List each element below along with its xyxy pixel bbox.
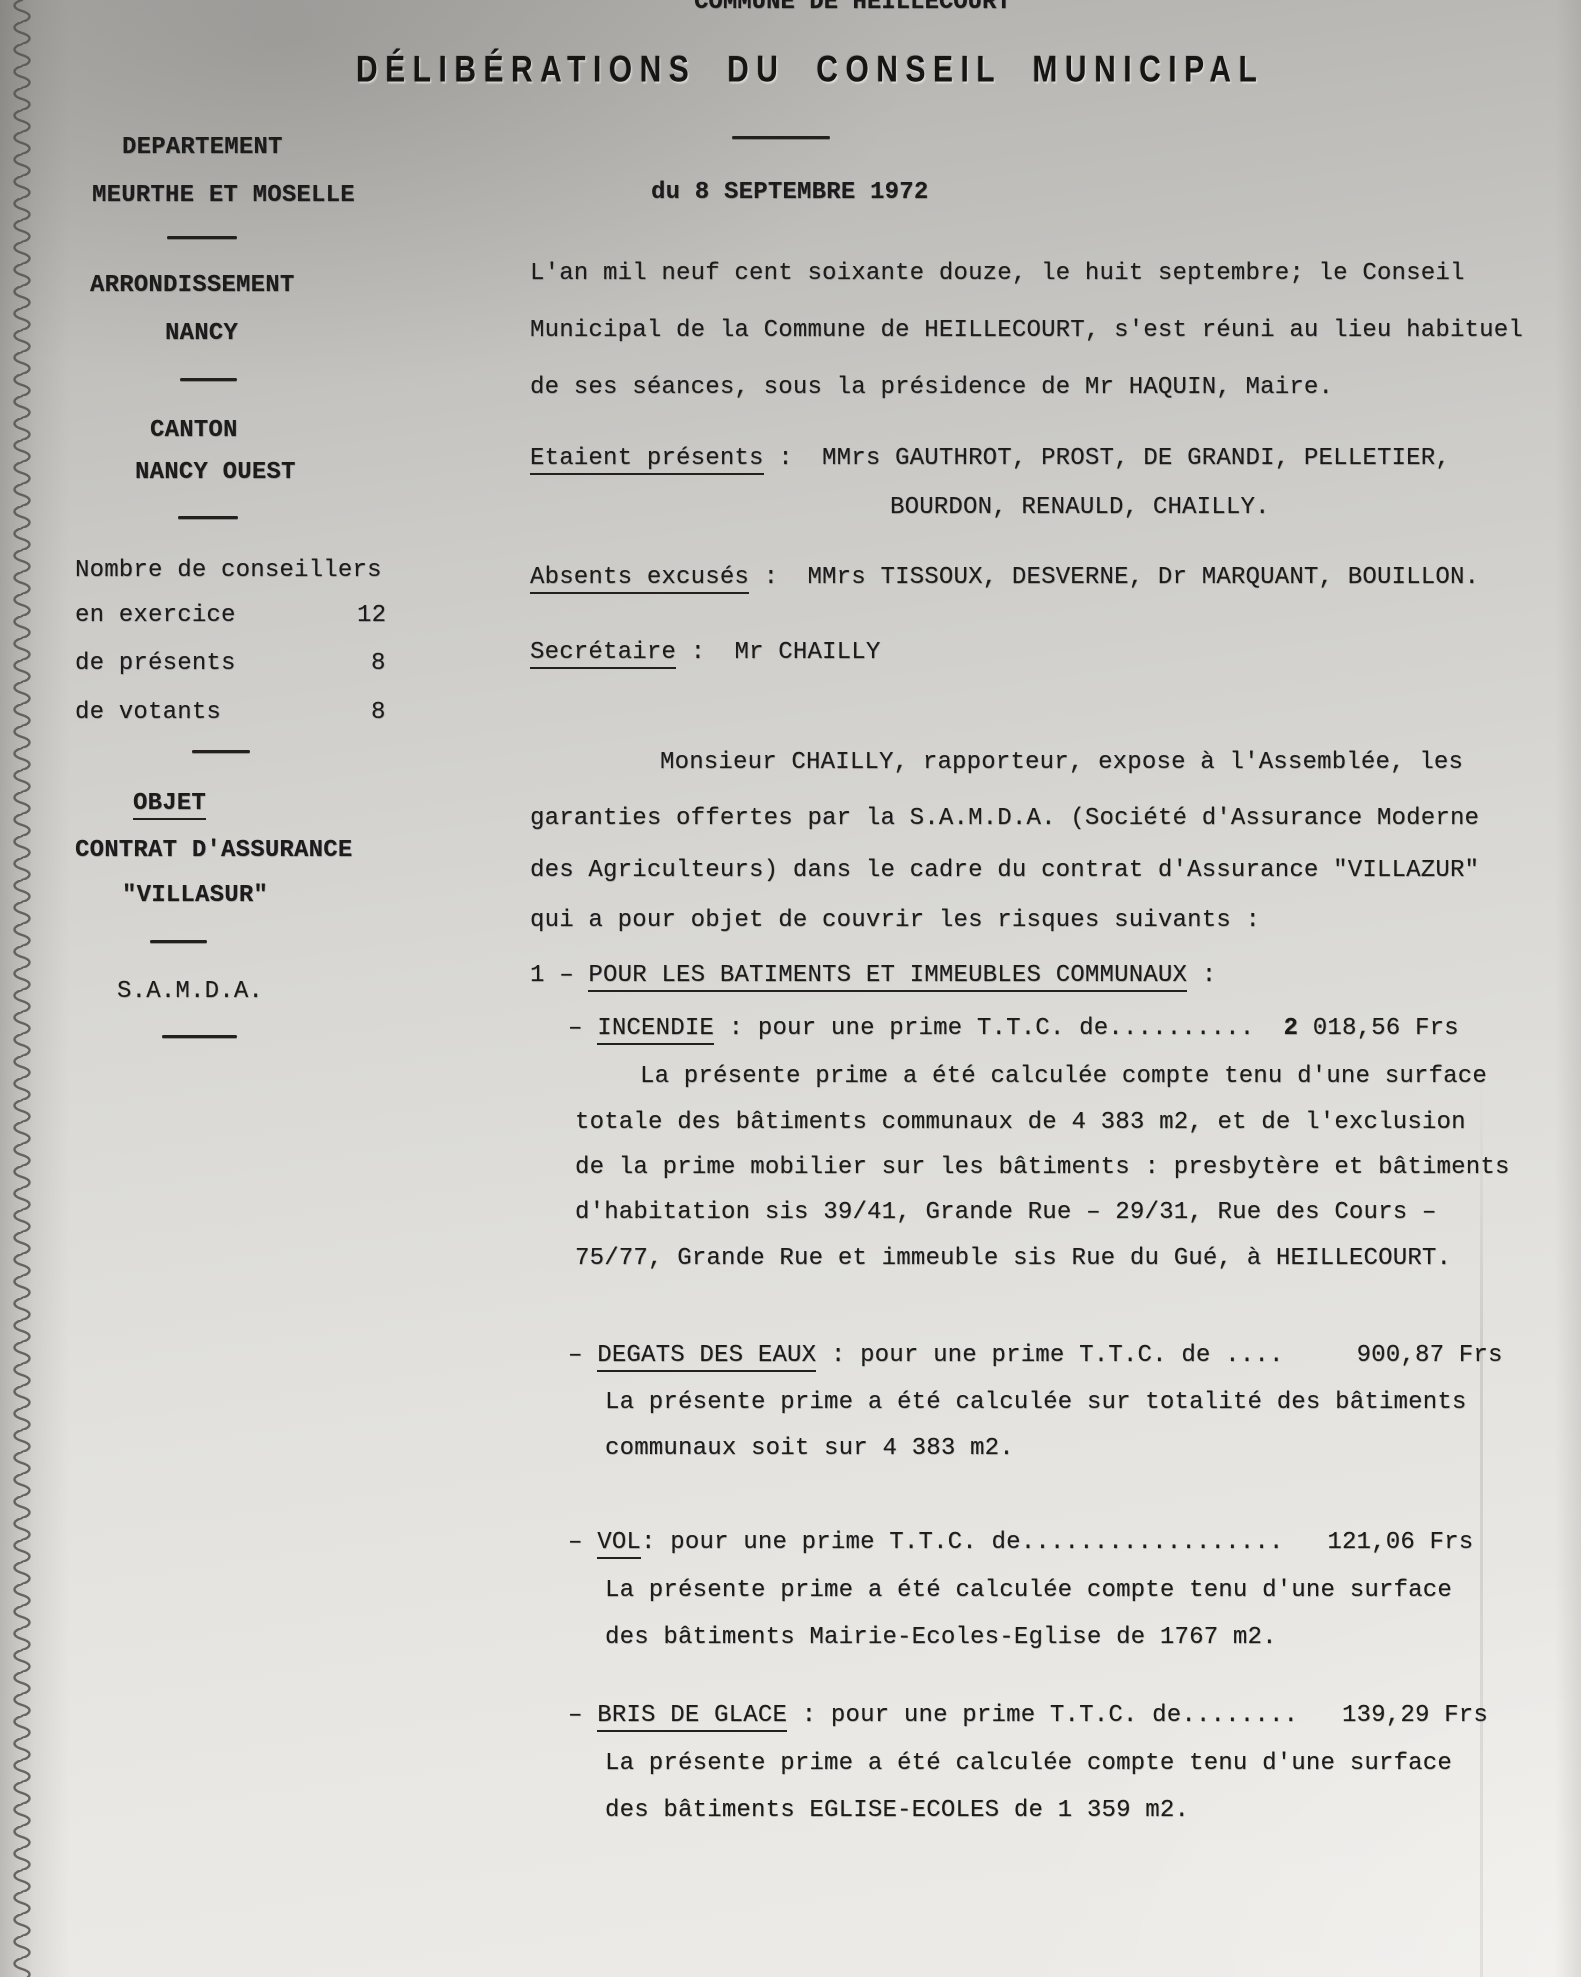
item-bris-line-2: des bâtiments EGLISE-ECOLES de 1 359 m2. (605, 1796, 1189, 1826)
absents-line: Absents excusés : MMrs TISSOUX, DESVERNE… (530, 563, 1479, 593)
item-incendie-line-3: de la prime mobilier sur les bâtiments :… (575, 1153, 1510, 1183)
item-bris-amount: 139,29 Frs (1342, 1702, 1488, 1729)
item-degats-title: DEGATS DES EAUX (597, 1342, 816, 1372)
count-presents-label: de présents (75, 649, 236, 679)
objet-line-1: CONTRAT D'ASSURANCE (75, 836, 352, 866)
item-vol-title: VOL (597, 1529, 641, 1559)
paper-crease (1480, 1080, 1483, 1977)
item-degats-line-2: communaux soit sur 4 383 m2. (605, 1434, 1014, 1464)
item-incendie-line-2: totale des bâtiments communaux de 4 383 … (575, 1108, 1466, 1138)
section-1-colon: : (1187, 962, 1216, 989)
sidebar-rule-4 (192, 750, 250, 753)
departement-label: DEPARTEMENT (122, 133, 283, 163)
item-incendie-lead: : pour une prime T.T.C. de.......... (714, 1015, 1284, 1042)
count-exercice-value: 12 (357, 601, 386, 631)
expose-line-4: qui a pour objet de couvrir les risques … (530, 906, 1260, 936)
arrondissement-label: ARRONDISSEMENT (90, 271, 294, 301)
count-votants-label: de votants (75, 698, 221, 728)
presents-line: Etaient présents : MMrs GAUTHROT, PROST,… (530, 444, 1450, 474)
section-1-title: POUR LES BATIMENTS ET IMMEUBLES COMMUNAU… (588, 962, 1187, 992)
sidebar-rule-6 (162, 1035, 237, 1038)
expose-line-2: garanties offertes par la S.A.M.D.A. (So… (530, 804, 1479, 834)
objet-label: OBJET (133, 789, 206, 819)
item-degats-lead: : pour une prime T.T.C. de .... (816, 1342, 1356, 1369)
item-incendie-title: INCENDIE (597, 1015, 714, 1045)
opening-line-1: L'an mil neuf cent soixante douze, le hu… (530, 259, 1465, 289)
canton-value: NANCY OUEST (135, 458, 296, 488)
session-date: du 8 SEPTEMBRE 1972 (651, 178, 928, 208)
secretaire-line: Secrétaire : Mr CHAILLY (530, 638, 880, 668)
item-dash: – (568, 1342, 597, 1369)
item-incendie-line-4: d'habitation sis 39/41, Grande Rue – 29/… (575, 1198, 1437, 1228)
item-vol-lead: : pour une prime T.T.C. de..............… (641, 1529, 1327, 1556)
count-votants-value: 8 (371, 698, 386, 728)
paper-edge-shadow (1555, 0, 1581, 1977)
absents-names: : MMrs TISSOUX, DESVERNE, Dr MARQUANT, B… (749, 564, 1479, 591)
item-incendie-line-5: 75/77, Grande Rue et immeuble sis Rue du… (575, 1244, 1451, 1274)
item-dash: – (568, 1015, 597, 1042)
item-degats-amount: 900,87 Frs (1357, 1342, 1503, 1369)
canton-label: CANTON (150, 416, 238, 446)
item-incendie-header: – INCENDIE : pour une prime T.T.C. de...… (568, 1014, 1459, 1044)
section-1-number: 1 – (530, 962, 588, 989)
secretaire-label: Secrétaire (530, 639, 676, 669)
item-degats-header: – DEGATS DES EAUX : pour une prime T.T.C… (568, 1341, 1503, 1371)
counts-intro: Nombre de conseillers (75, 556, 382, 586)
item-incendie-amount-bold: 2 (1284, 1015, 1299, 1042)
samda-label: S.A.M.D.A. (117, 977, 263, 1007)
arrondissement-value: NANCY (165, 319, 238, 349)
page-title: DÉLIBÉRATIONS DU CONSEIL MUNICIPAL (356, 50, 1264, 91)
title-rule (732, 136, 830, 139)
presents-names: : MMrs GAUTHROT, PROST, DE GRANDI, PELLE… (764, 445, 1450, 472)
item-bris-title: BRIS DE GLACE (597, 1702, 787, 1732)
item-bris-line-1: La présente prime a été calculée compte … (605, 1749, 1452, 1779)
commune-header: COMMUNE DE HEILLECOURT (694, 0, 1011, 16)
presents-label: Etaient présents (530, 445, 764, 475)
objet-label-text: OBJET (133, 790, 206, 820)
sidebar-rule-3 (178, 516, 238, 519)
section-1-heading: 1 – POUR LES BATIMENTS ET IMMEUBLES COMM… (530, 961, 1216, 991)
count-exercice-label: en exercice (75, 601, 236, 631)
item-vol-line-2: des bâtiments Mairie-Ecoles-Eglise de 17… (605, 1623, 1277, 1653)
opening-line-3: de ses séances, sous la présidence de Mr… (530, 373, 1333, 403)
secretaire-name: : Mr CHAILLY (676, 639, 880, 666)
item-dash: – (568, 1702, 597, 1729)
scanned-document-page: COMMUNE DE HEILLECOURT DÉLIBÉRATIONS DU … (0, 0, 1581, 1977)
expose-line-1: Monsieur CHAILLY, rapporteur, expose à l… (660, 748, 1463, 778)
item-dash: – (568, 1529, 597, 1556)
item-vol-header: – VOL: pour une prime T.T.C. de.........… (568, 1528, 1473, 1558)
item-degats-line-1: La présente prime a été calculée sur tot… (605, 1388, 1467, 1418)
item-vol-line-1: La présente prime a été calculée compte … (605, 1576, 1452, 1606)
opening-line-2: Municipal de la Commune de HEILLECOURT, … (530, 316, 1523, 346)
count-presents-value: 8 (371, 649, 386, 679)
item-bris-header: – BRIS DE GLACE : pour une prime T.T.C. … (568, 1701, 1488, 1731)
objet-line-2: "VILLASUR" (122, 881, 268, 911)
sidebar-rule-5 (150, 940, 207, 943)
item-bris-lead: : pour une prime T.T.C. de........ (787, 1702, 1342, 1729)
departement-value: MEURTHE ET MOSELLE (92, 181, 355, 211)
sidebar-rule-1 (167, 236, 237, 239)
sidebar-rule-2 (180, 378, 237, 381)
expose-line-3: des Agriculteurs) dans le cadre du contr… (530, 856, 1479, 886)
item-incendie-line-1: La présente prime a été calculée compte … (640, 1062, 1487, 1092)
absents-label: Absents excusés (530, 564, 749, 594)
item-vol-amount: 121,06 Frs (1327, 1529, 1473, 1556)
binding-stitch-icon (6, 0, 46, 1977)
presents-line-2: BOURDON, RENAULD, CHAILLY. (890, 493, 1270, 523)
item-incendie-amount: 018,56 Frs (1298, 1015, 1459, 1042)
